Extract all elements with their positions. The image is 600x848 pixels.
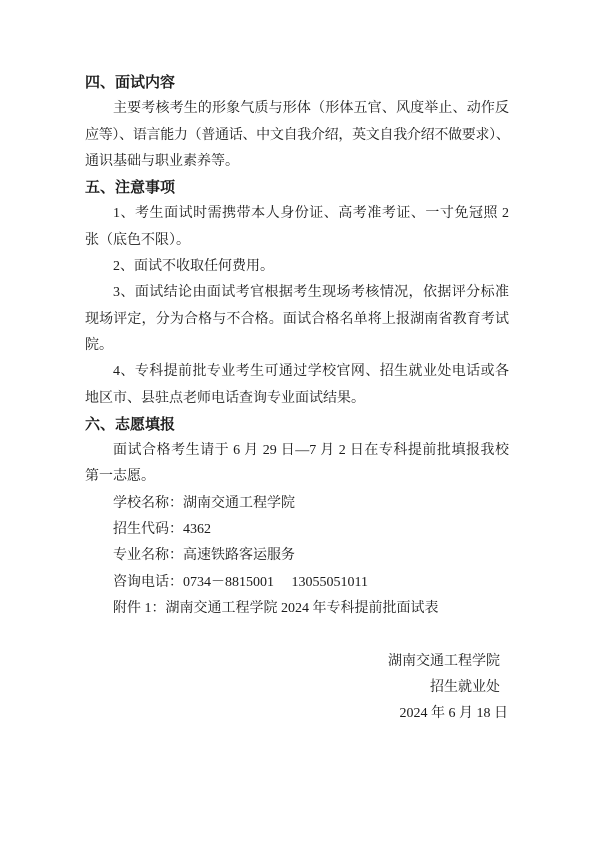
signature-org: 湖南交通工程学院: [85, 649, 509, 675]
major-name-line: 专业名称：高速铁路客运服务: [85, 543, 509, 569]
body-line: 2、面试不收取任何费用。: [85, 254, 509, 280]
school-name-line: 学校名称：湖南交通工程学院: [85, 491, 509, 517]
body-line: 3、面试结论由面试考官根据考生现场考核情况，依据评分标准: [85, 280, 509, 306]
body-line: 1、考生面试时需携带本人身份证、高考准考证、一寸免冠照 2: [85, 201, 509, 227]
body-line: 4、专科提前批专业考生可通过学校官网、招生就业处电话或各: [85, 359, 509, 385]
admission-code-line: 招生代码：4362: [85, 517, 509, 543]
body-line: 面试合格考生请于 6 月 29 日—7 月 2 日在专科提前批填报我校: [85, 438, 509, 464]
attachment-line: 附件 1：湖南交通工程学院 2024 年专科提前批面试表: [85, 596, 509, 622]
body-line: 通识基础与职业素养等。: [85, 149, 509, 175]
signature-date: 2024 年 6 月 18 日: [85, 701, 509, 727]
body-line: 主要考核考生的形象气质与形体（形体五官、风度举止、动作反: [85, 96, 509, 122]
body-line: 地区市、县驻点老师电话查询专业面试结果。: [85, 386, 509, 412]
signature-dept: 招生就业处: [85, 675, 509, 701]
phone-line: 咨询电话：0734－8815001 13055051011: [85, 570, 509, 596]
body-line: 现场评定，分为合格与不合格。面试合格名单将上报湖南省教育考试: [85, 307, 509, 333]
blank-line: [85, 622, 509, 648]
body-line: 第一志愿。: [85, 464, 509, 490]
section-heading-5: 五、注意事项: [85, 175, 509, 201]
body-line: 院。: [85, 333, 509, 359]
section-heading-4: 四、面试内容: [85, 70, 509, 96]
body-line: 应等）、语言能力（普通话、中文自我介绍，英文自我介绍不做要求）、: [85, 123, 509, 149]
section-heading-6: 六、志愿填报: [85, 412, 509, 438]
document-page: 四、面试内容 主要考核考生的形象气质与形体（形体五官、风度举止、动作反 应等）、…: [0, 0, 600, 848]
body-line: 张（底色不限）。: [85, 228, 509, 254]
